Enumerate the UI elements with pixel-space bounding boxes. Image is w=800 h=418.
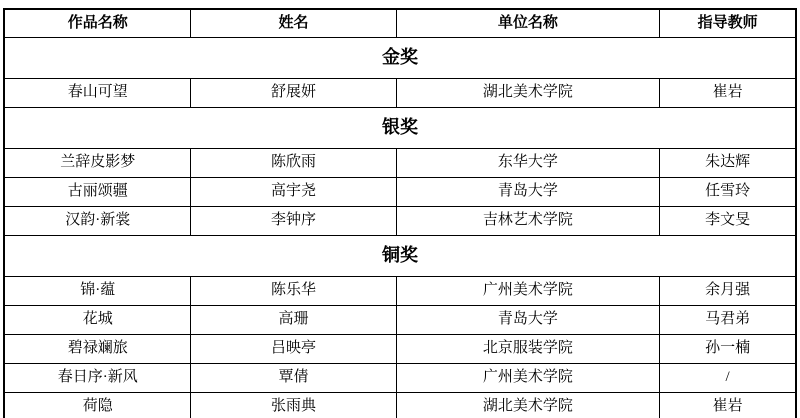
award-section-row: 金奖 [4, 37, 796, 78]
table-row: 古丽颂疆高宇尧青岛大学任雪玲 [4, 177, 796, 206]
student-name-cell: 李钟序 [191, 206, 396, 235]
student-name-cell: 陈乐华 [191, 276, 396, 305]
table-row: 春山可望舒展妍湖北美术学院崔岩 [4, 78, 796, 107]
work-title-cell: 汉韵·新裳 [4, 206, 191, 235]
advisor-cell: 马君弟 [660, 305, 796, 334]
awards-table-body: 金奖春山可望舒展妍湖北美术学院崔岩银奖兰辞皮影梦陈欣雨东华大学朱达辉古丽颂疆高宇… [4, 37, 796, 418]
table-row: 春日序·新风覃倩广州美术学院/ [4, 363, 796, 392]
table-row: 碧禄斓旅吕映亭北京服装学院孙一楠 [4, 334, 796, 363]
award-section-row: 银奖 [4, 107, 796, 148]
column-header: 作品名称 [4, 9, 191, 37]
work-title-cell: 锦·蕴 [4, 276, 191, 305]
institution-cell: 青岛大学 [396, 177, 660, 206]
advisor-cell: 任雪玲 [660, 177, 796, 206]
student-name-cell: 高珊 [191, 305, 396, 334]
institution-cell: 吉林艺术学院 [396, 206, 660, 235]
table-row: 兰辞皮影梦陈欣雨东华大学朱达辉 [4, 148, 796, 177]
work-title-cell: 春山可望 [4, 78, 191, 107]
awards-table: 作品名称姓名单位名称指导教师 金奖春山可望舒展妍湖北美术学院崔岩银奖兰辞皮影梦陈… [3, 8, 797, 418]
table-row: 花城高珊青岛大学马君弟 [4, 305, 796, 334]
institution-cell: 湖北美术学院 [396, 78, 660, 107]
student-name-cell: 吕映亭 [191, 334, 396, 363]
advisor-cell: 朱达辉 [660, 148, 796, 177]
work-title-cell: 春日序·新风 [4, 363, 191, 392]
table-row: 荷隐张雨典湖北美术学院崔岩 [4, 392, 796, 418]
work-title-cell: 兰辞皮影梦 [4, 148, 191, 177]
award-section-row: 铜奖 [4, 235, 796, 276]
student-name-cell: 陈欣雨 [191, 148, 396, 177]
institution-cell: 东华大学 [396, 148, 660, 177]
work-title-cell: 碧禄斓旅 [4, 334, 191, 363]
student-name-cell: 舒展妍 [191, 78, 396, 107]
advisor-cell: 崔岩 [660, 392, 796, 418]
column-header: 姓名 [191, 9, 396, 37]
award-section-label: 铜奖 [4, 235, 796, 276]
student-name-cell: 张雨典 [191, 392, 396, 418]
institution-cell: 广州美术学院 [396, 276, 660, 305]
institution-cell: 青岛大学 [396, 305, 660, 334]
advisor-cell: 余月强 [660, 276, 796, 305]
award-section-label: 金奖 [4, 37, 796, 78]
table-row: 汉韵·新裳李钟序吉林艺术学院李文旻 [4, 206, 796, 235]
column-header: 指导教师 [660, 9, 796, 37]
column-header: 单位名称 [396, 9, 660, 37]
table-header-row: 作品名称姓名单位名称指导教师 [4, 9, 796, 37]
institution-cell: 广州美术学院 [396, 363, 660, 392]
institution-cell: 北京服装学院 [396, 334, 660, 363]
institution-cell: 湖北美术学院 [396, 392, 660, 418]
work-title-cell: 花城 [4, 305, 191, 334]
advisor-cell: 孙一楠 [660, 334, 796, 363]
table-row: 锦·蕴陈乐华广州美术学院余月强 [4, 276, 796, 305]
advisor-cell: 李文旻 [660, 206, 796, 235]
work-title-cell: 古丽颂疆 [4, 177, 191, 206]
work-title-cell: 荷隐 [4, 392, 191, 418]
student-name-cell: 覃倩 [191, 363, 396, 392]
student-name-cell: 高宇尧 [191, 177, 396, 206]
page-body: 作品名称姓名单位名称指导教师 金奖春山可望舒展妍湖北美术学院崔岩银奖兰辞皮影梦陈… [0, 0, 800, 418]
advisor-cell: 崔岩 [660, 78, 796, 107]
award-section-label: 银奖 [4, 107, 796, 148]
advisor-cell: / [660, 363, 796, 392]
